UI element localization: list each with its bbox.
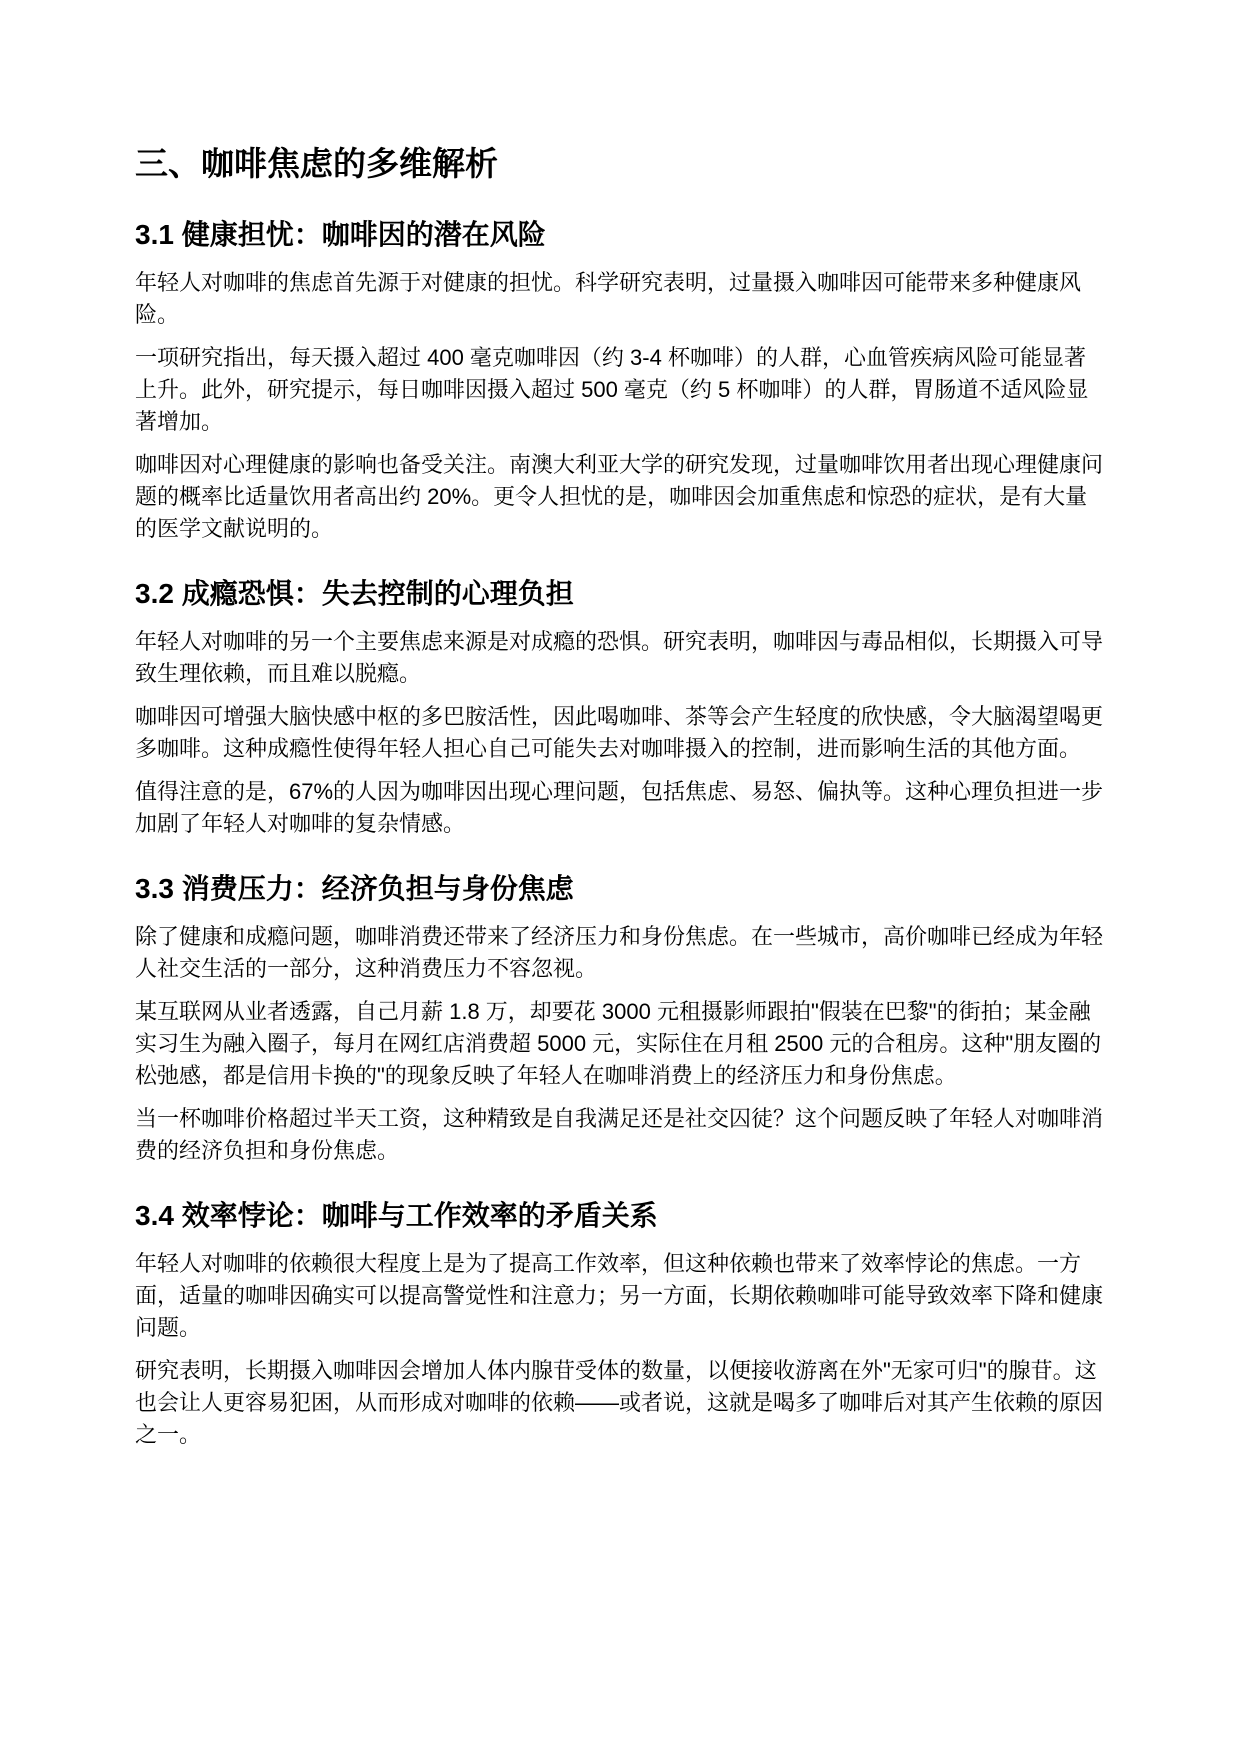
section-efficiency-paradox: 3.4 效率悖论：咖啡与工作效率的矛盾关系 年轻人对咖啡的依赖很大程度上是为了提… — [135, 1197, 1105, 1451]
section-consumption-pressure: 3.3 消费压力：经济负担与身份焦虑 除了健康和成瘾问题，咖啡消费还带来了经济压… — [135, 870, 1105, 1167]
paragraph: 年轻人对咖啡的依赖很大程度上是为了提高工作效率，但这种依赖也带来了效率悖论的焦虑… — [135, 1248, 1105, 1344]
paragraph: 当一杯咖啡价格超过半天工资，这种精致是自我满足还是社交囚徒？这个问题反映了年轻人… — [135, 1103, 1105, 1167]
paragraph: 除了健康和成瘾问题，咖啡消费还带来了经济压力和身份焦虑。在一些城市，高价咖啡已经… — [135, 921, 1105, 985]
paragraph: 咖啡因对心理健康的影响也备受关注。南澳大利亚大学的研究发现，过量咖啡饮用者出现心… — [135, 449, 1105, 545]
document-title: 三、咖啡焦虑的多维解析 — [135, 141, 1105, 186]
section-heading-3-4: 3.4 效率悖论：咖啡与工作效率的矛盾关系 — [135, 1197, 1105, 1235]
section-health-concerns: 3.1 健康担忧：咖啡因的潜在风险 年轻人对咖啡的焦虑首先源于对健康的担忧。科学… — [135, 216, 1105, 545]
section-heading-3-3: 3.3 消费压力：经济负担与身份焦虑 — [135, 870, 1105, 908]
section-heading-3-1: 3.1 健康担忧：咖啡因的潜在风险 — [135, 216, 1105, 254]
paragraph: 研究表明，长期摄入咖啡因会增加人体内腺苷受体的数量，以便接收游离在外"无家可归"… — [135, 1355, 1105, 1451]
document-page: 三、咖啡焦虑的多维解析 3.1 健康担忧：咖啡因的潜在风险 年轻人对咖啡的焦虑首… — [0, 0, 1240, 1752]
paragraph: 某互联网从业者透露，自己月薪 1.8 万，却要花 3000 元租摄影师跟拍"假装… — [135, 996, 1105, 1092]
paragraph: 值得注意的是，67%的人因为咖啡因出现心理问题，包括焦虑、易怒、偏执等。这种心理… — [135, 776, 1105, 840]
section-heading-3-2: 3.2 成瘾恐惧：失去控制的心理负担 — [135, 575, 1105, 613]
paragraph: 一项研究指出，每天摄入超过 400 毫克咖啡因（约 3-4 杯咖啡）的人群，心血… — [135, 342, 1105, 438]
paragraph: 年轻人对咖啡的焦虑首先源于对健康的担忧。科学研究表明，过量摄入咖啡因可能带来多种… — [135, 267, 1105, 331]
paragraph: 年轻人对咖啡的另一个主要焦虑来源是对成瘾的恐惧。研究表明，咖啡因与毒品相似，长期… — [135, 626, 1105, 690]
section-addiction-fear: 3.2 成瘾恐惧：失去控制的心理负担 年轻人对咖啡的另一个主要焦虑来源是对成瘾的… — [135, 575, 1105, 840]
paragraph: 咖啡因可增强大脑快感中枢的多巴胺活性，因此喝咖啡、茶等会产生轻度的欣快感，令大脑… — [135, 701, 1105, 765]
